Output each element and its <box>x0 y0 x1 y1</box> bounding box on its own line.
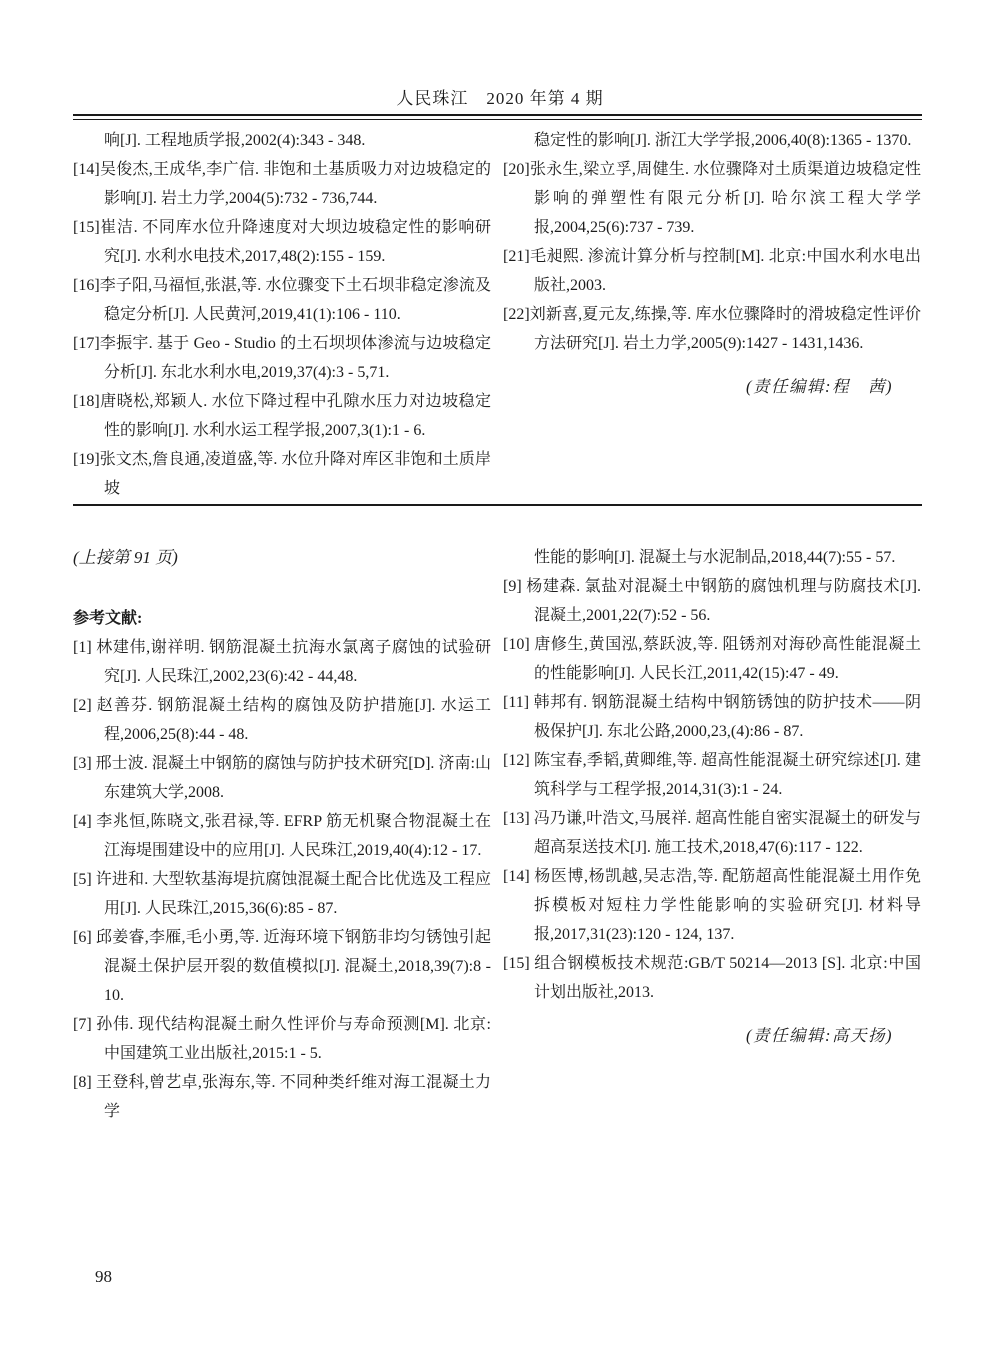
top-left-reference-column: 响[J]. 工程地质学报,2002(4):343 - 348.[14]吴俊杰,王… <box>73 126 491 503</box>
reference-item: [15]崔洁. 不同库水位升降速度对大坝边坡稳定性的影响研究[J]. 水利水电技… <box>73 213 491 271</box>
continued-from-note: (上接第 91 页) <box>73 543 491 572</box>
reference-item: [11] 韩邦有. 钢筋混凝土结构中钢筋锈蚀的防护技术——阴极保护[J]. 东北… <box>503 688 921 746</box>
reference-item: [17]李振宇. 基于 Geo - Studio 的土石坝坝体渗流与边坡稳定分析… <box>73 329 491 387</box>
reference-item: [6] 邱姜睿,李雁,毛小勇,等. 近海环境下钢筋非均匀锈蚀引起混凝土保护层开裂… <box>73 923 491 1010</box>
editor-note-top: (责任编辑:程 茜) <box>503 372 921 401</box>
reference-item: 性能的影响[J]. 混凝土与水泥制品,2018,44(7):55 - 57. <box>503 543 921 572</box>
reference-item: [7] 孙伟. 现代结构混凝土耐久性评价与寿命预测[M]. 北京:中国建筑工业出… <box>73 1010 491 1068</box>
reference-item: [12] 陈宝春,季韬,黄卿维,等. 超高性能混凝土研究综述[J]. 建筑科学与… <box>503 746 921 804</box>
top-right-reference-column: 稳定性的影响[J]. 浙江大学学报,2006,40(8):1365 - 1370… <box>503 126 921 401</box>
reference-item: 响[J]. 工程地质学报,2002(4):343 - 348. <box>73 126 491 155</box>
reference-item: [14] 杨医博,杨凯越,吴志浩,等. 配筋超高性能混凝土用作免拆模板对短柱力学… <box>503 862 921 949</box>
reference-item: [21]毛昶熙. 渗流计算分析与控制[M]. 北京:中国水利水电出版社,2003… <box>503 242 921 300</box>
journal-header-title: 人民珠江 2020 年第 4 期 <box>0 84 1000 113</box>
reference-item: [13] 冯乃谦,叶浩文,马展祥. 超高性能自密实混凝土的研发与超高泵送技术[J… <box>503 804 921 862</box>
section-separator-rule <box>73 504 922 506</box>
reference-item: [5] 许进和. 大型软基海堤抗腐蚀混凝土配合比优选及工程应用[J]. 人民珠江… <box>73 865 491 923</box>
reference-item: [19]张文杰,詹良通,凌道盛,等. 水位升降对库区非饱和土质岸坡 <box>73 445 491 503</box>
reference-item: [4] 李兆恒,陈晓文,张君禄,等. EFRP 筋无机聚合物混凝土在江海堤围建设… <box>73 807 491 865</box>
references-heading: 参考文献: <box>73 604 491 633</box>
reference-item: [2] 赵善芬. 钢筋混凝土结构的腐蚀及防护措施[J]. 水运工程,2006,2… <box>73 691 491 749</box>
reference-item: [16]李子阳,马福恒,张湛,等. 水位骤变下土石坝非稳定渗流及稳定分析[J].… <box>73 271 491 329</box>
top-right-reference-list: 稳定性的影响[J]. 浙江大学学报,2006,40(8):1365 - 1370… <box>503 126 921 358</box>
page-number: 98 <box>95 1262 112 1291</box>
reference-item: [1] 林建伟,谢祥明. 钢筋混凝土抗海水氯离子腐蚀的试验研究[J]. 人民珠江… <box>73 633 491 691</box>
bottom-left-reference-list: [1] 林建伟,谢祥明. 钢筋混凝土抗海水氯离子腐蚀的试验研究[J]. 人民珠江… <box>73 633 491 1126</box>
reference-item: [20]张永生,梁立孚,周健生. 水位骤降对土质渠道边坡稳定性影响的弹塑性有限元… <box>503 155 921 242</box>
reference-item: [22]刘新喜,夏元友,练操,等. 库水位骤降时的滑坡稳定性评价方法研究[J].… <box>503 300 921 358</box>
bottom-right-reference-column: 性能的影响[J]. 混凝土与水泥制品,2018,44(7):55 - 57.[9… <box>503 543 921 1050</box>
reference-item: [10] 唐修生,黄国泓,蔡跃波,等. 阻锈剂对海砂高性能混凝土的性能影响[J]… <box>503 630 921 688</box>
reference-item: [18]唐晓松,郑颖人. 水位下降过程中孔隙水压力对边坡稳定性的影响[J]. 水… <box>73 387 491 445</box>
journal-page: 人民珠江 2020 年第 4 期 响[J]. 工程地质学报,2002(4):34… <box>0 0 1000 1356</box>
bottom-left-reference-column: (上接第 91 页) 参考文献: [1] 林建伟,谢祥明. 钢筋混凝土抗海水氯离… <box>73 543 491 1126</box>
reference-item: [15] 组合钢模板技术规范:GB/T 50214—2013 [S]. 北京:中… <box>503 949 921 1007</box>
reference-item: [8] 王登科,曾艺卓,张海东,等. 不同种类纤维对海工混凝土力学 <box>73 1068 491 1126</box>
header-double-rule <box>73 114 922 120</box>
reference-item: 稳定性的影响[J]. 浙江大学学报,2006,40(8):1365 - 1370… <box>503 126 921 155</box>
reference-item: [14]吴俊杰,王成华,李广信. 非饱和土基质吸力对边坡稳定的影响[J]. 岩土… <box>73 155 491 213</box>
reference-item: [3] 邢士波. 混凝土中钢筋的腐蚀与防护技术研究[D]. 济南:山东建筑大学,… <box>73 749 491 807</box>
editor-note-bottom: (责任编辑:高天扬) <box>503 1021 921 1050</box>
bottom-right-reference-list: 性能的影响[J]. 混凝土与水泥制品,2018,44(7):55 - 57.[9… <box>503 543 921 1007</box>
reference-item: [9] 杨建森. 氯盐对混凝土中钢筋的腐蚀机理与防腐技术[J]. 混凝土,200… <box>503 572 921 630</box>
